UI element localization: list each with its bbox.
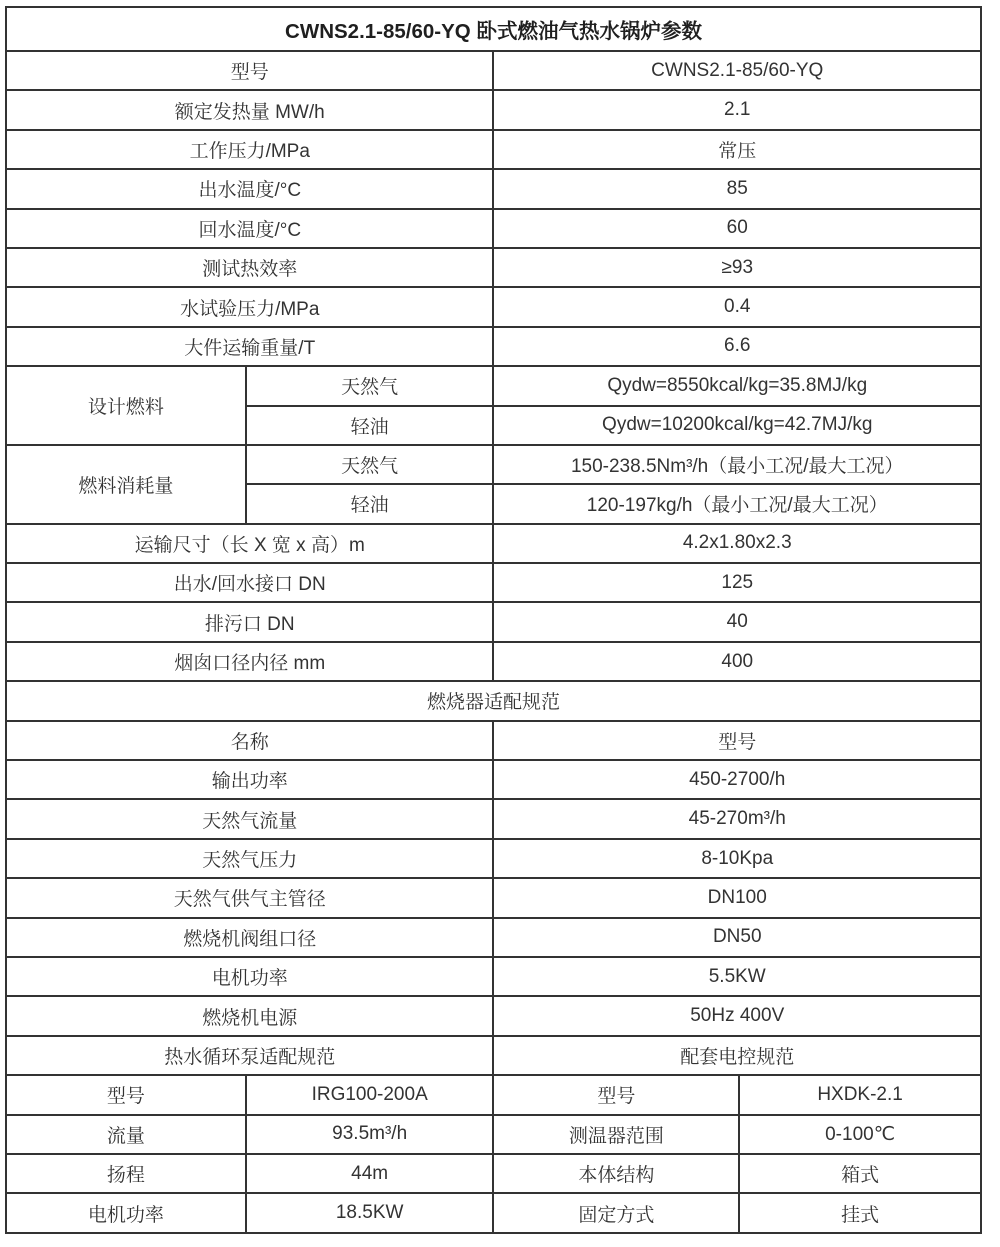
param-value: 2.1 [493,90,981,129]
param-label: 燃烧机阀组口径 [6,918,493,957]
param-label: 型号 [493,1075,739,1114]
param-label: 水试验压力/MPa [6,287,493,326]
table-title-row: CWNS2.1-85/60-YQ 卧式燃油气热水锅炉参数 [6,7,981,51]
param-value: 44m [246,1154,494,1193]
table-row: 水试验压力/MPa0.4 [6,287,981,326]
param-value: 50Hz 400V [493,996,981,1035]
param-label: 运输尺寸（长 X 宽 x 高）m [6,524,493,563]
param-value: Qydw=10200kcal/kg=42.7MJ/kg [493,406,981,445]
param-value: Qydw=8550kcal/kg=35.8MJ/kg [493,366,981,405]
param-value: 150-238.5Nm³/h（最小工况/最大工况） [493,445,981,484]
param-value: DN50 [493,918,981,957]
table-row: 额定发热量 MW/h2.1 [6,90,981,129]
param-value: 挂式 [739,1193,981,1232]
param-value: 60 [493,209,981,248]
param-value: 0-100℃ [739,1115,981,1154]
table-row: 回水温度/°C60 [6,209,981,248]
param-label: 扬程 [6,1154,246,1193]
table-row: 设计燃料天然气Qydw=8550kcal/kg=35.8MJ/kg [6,366,981,405]
param-value: 45-270m³/h [493,799,981,838]
param-value: DN100 [493,878,981,917]
table-row: 型号IRG100-200A型号HXDK-2.1 [6,1075,981,1114]
param-value: 450-2700/h [493,760,981,799]
table-row: 工作压力/MPa常压 [6,130,981,169]
param-label: 电机功率 [6,957,493,996]
sub-label: 天然气 [246,366,494,405]
table-row: 型号CWNS2.1-85/60-YQ [6,51,981,90]
table-row: 电机功率18.5KW固定方式挂式 [6,1193,981,1232]
param-label: 流量 [6,1115,246,1154]
param-value: 40 [493,602,981,641]
param-value: 400 [493,642,981,681]
table-row: 热水循环泵适配规范配套电控规范 [6,1036,981,1075]
table-row: 出水温度/°C85 [6,169,981,208]
param-label: 输出功率 [6,760,493,799]
table-row: 烟囱口径内径 mm400 [6,642,981,681]
param-label: 燃烧机电源 [6,996,493,1035]
param-value: HXDK-2.1 [739,1075,981,1114]
table-row: 出水/回水接口 DN125 [6,563,981,602]
table-title: CWNS2.1-85/60-YQ 卧式燃油气热水锅炉参数 [6,7,981,51]
param-label: 额定发热量 MW/h [6,90,493,129]
spec-table-body: CWNS2.1-85/60-YQ 卧式燃油气热水锅炉参数 型号CWNS2.1-8… [6,7,981,1233]
table-row: 燃烧器适配规范 [6,681,981,720]
table-row: 天然气流量45-270m³/h [6,799,981,838]
param-label: 测试热效率 [6,248,493,287]
param-value: 93.5m³/h [246,1115,494,1154]
param-value: 箱式 [739,1154,981,1193]
param-label: 型号 [6,51,493,90]
page: CWNS2.1-85/60-YQ 卧式燃油气热水锅炉参数 型号CWNS2.1-8… [0,0,1000,1247]
section-header: 燃烧器适配规范 [6,681,981,720]
table-row: 燃烧机电源50Hz 400V [6,996,981,1035]
param-value: 型号 [493,721,981,760]
sub-label: 天然气 [246,445,494,484]
sub-label: 轻油 [246,484,494,523]
param-label: 天然气供气主管径 [6,878,493,917]
param-label: 名称 [6,721,493,760]
table-row: 天然气压力8-10Kpa [6,839,981,878]
param-label: 烟囱口径内径 mm [6,642,493,681]
table-row: 扬程44m本体结构箱式 [6,1154,981,1193]
boiler-spec-table: CWNS2.1-85/60-YQ 卧式燃油气热水锅炉参数 型号CWNS2.1-8… [5,6,982,1234]
group-label: 燃料消耗量 [6,445,246,524]
table-row: 排污口 DN40 [6,602,981,641]
param-label: 电机功率 [6,1193,246,1232]
param-value: 8-10Kpa [493,839,981,878]
group-label: 设计燃料 [6,366,246,445]
param-value: 常压 [493,130,981,169]
param-label: 工作压力/MPa [6,130,493,169]
table-row: 名称型号 [6,721,981,760]
param-value: 125 [493,563,981,602]
param-value: 5.5KW [493,957,981,996]
param-value: 6.6 [493,327,981,366]
param-label: 本体结构 [493,1154,739,1193]
param-label: 排污口 DN [6,602,493,641]
param-label: 大件运输重量/T [6,327,493,366]
table-row: 测试热效率≥93 [6,248,981,287]
boiler-spec-table-container: CWNS2.1-85/60-YQ 卧式燃油气热水锅炉参数 型号CWNS2.1-8… [5,6,982,1234]
table-row: 运输尺寸（长 X 宽 x 高）m4.2x1.80x2.3 [6,524,981,563]
param-label: 出水/回水接口 DN [6,563,493,602]
section-header: 热水循环泵适配规范 [6,1036,493,1075]
table-row: 电机功率5.5KW [6,957,981,996]
param-label: 出水温度/°C [6,169,493,208]
param-value: ≥93 [493,248,981,287]
table-row: 流量93.5m³/h测温器范围0-100℃ [6,1115,981,1154]
param-value: IRG100-200A [246,1075,494,1114]
param-value: CWNS2.1-85/60-YQ [493,51,981,90]
param-label: 型号 [6,1075,246,1114]
table-row: 燃料消耗量天然气150-238.5Nm³/h（最小工况/最大工况） [6,445,981,484]
param-value: 120-197kg/h（最小工况/最大工况） [493,484,981,523]
param-value: 0.4 [493,287,981,326]
param-label: 回水温度/°C [6,209,493,248]
param-label: 固定方式 [493,1193,739,1232]
param-value: 18.5KW [246,1193,494,1232]
section-header: 配套电控规范 [493,1036,981,1075]
param-label: 天然气压力 [6,839,493,878]
sub-label: 轻油 [246,406,494,445]
table-row: 大件运输重量/T6.6 [6,327,981,366]
param-label: 天然气流量 [6,799,493,838]
param-value: 85 [493,169,981,208]
param-value: 4.2x1.80x2.3 [493,524,981,563]
table-row: 天然气供气主管径DN100 [6,878,981,917]
param-label: 测温器范围 [493,1115,739,1154]
table-row: 燃烧机阀组口径DN50 [6,918,981,957]
table-row: 输出功率450-2700/h [6,760,981,799]
